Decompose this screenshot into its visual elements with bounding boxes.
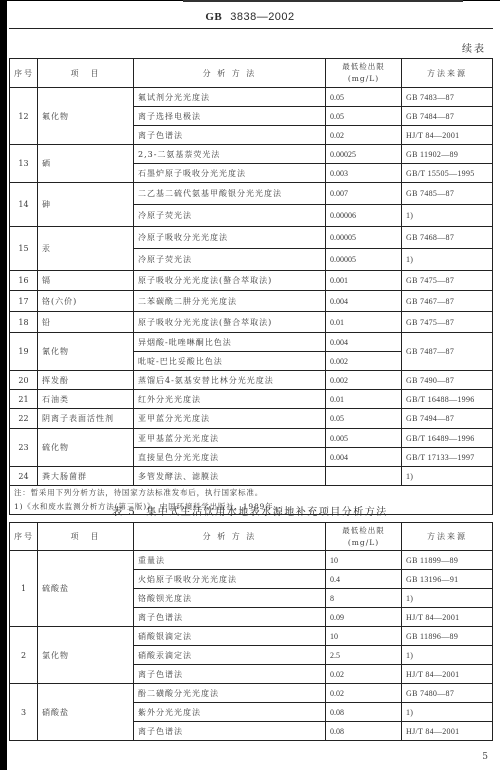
source-cell: 1) (402, 646, 493, 665)
row-item: 汞 (38, 227, 134, 271)
limit-cell: 0.005 (326, 429, 402, 448)
limit-unit: (mg/L) (348, 74, 379, 83)
source-cell: 1) (402, 467, 493, 486)
method-cell: 氟试剂分光光度法 (134, 88, 326, 107)
table-number: 表 5 (112, 507, 136, 518)
supplementary-methods-table: 序号 项 目 分 析 方 法 最低检出限(mg/L) 方法来源 1 硫酸盐 重量… (9, 522, 493, 741)
row-no: 15 (10, 227, 38, 271)
source-cell: GB 7468—87 (402, 227, 493, 249)
source-cell: 1) (402, 205, 493, 227)
limit-cell: 0.4 (326, 570, 402, 589)
table-5-caption: 表 5集中式生活饮用水地表水源地补充项目分析方法 (0, 503, 500, 518)
source-cell: GB/T 15505—1995 (402, 164, 493, 183)
limit-cell: 0.02 (326, 665, 402, 684)
row-no: 13 (10, 145, 38, 183)
table-row: 12 氟化物 氟试剂分光光度法 0.05 GB 7483—87 (10, 88, 493, 107)
table-row: 24 粪大肠菌群 多管发酵法、滤膜法 1) (10, 467, 493, 486)
row-item: 阴离子表面活性剂 (38, 409, 134, 429)
row-no: 23 (10, 429, 38, 467)
row-item: 镉 (38, 271, 134, 291)
row-no: 12 (10, 88, 38, 145)
row-item: 硒 (38, 145, 134, 183)
source-cell: GB 13196—91 (402, 570, 493, 589)
col-header-method: 分 析 方 法 (134, 59, 326, 88)
continued-label: 续表 (462, 40, 486, 55)
method-cell: 离子色谱法 (134, 126, 326, 145)
method-cell: 亚甲蓝分光光度法 (134, 409, 326, 429)
method-cell: 重量法 (134, 551, 326, 570)
col-header-source: 方法来源 (402, 59, 493, 88)
table-row: 16 镉 原子吸收分光光度法(螯合萃取法) 0.001 GB 7475—87 (10, 271, 493, 291)
limit-cell: 2.5 (326, 646, 402, 665)
limit-cell: 0.00005 (326, 249, 402, 271)
source-cell: GB/T 16489—1996 (402, 429, 493, 448)
limit-cell: 0.01 (326, 312, 402, 333)
method-cell: 离子色谱法 (134, 608, 326, 627)
method-cell: 红外分光光度法 (134, 390, 326, 409)
limit-cell: 8 (326, 589, 402, 608)
row-no: 24 (10, 467, 38, 486)
method-cell: 异烟酸-吡唑啉酮比色法 (134, 333, 326, 352)
limit-cell: 0.05 (326, 107, 402, 126)
limit-cell: 0.00005 (326, 227, 402, 249)
limit-cell: 0.003 (326, 164, 402, 183)
method-cell: 冷原子荧光法 (134, 205, 326, 227)
table-row: 17 铬(六价) 二苯碳酰二肼分光光度法 0.004 GB 7467—87 (10, 291, 493, 312)
method-cell: 火焰原子吸收分光光度法 (134, 570, 326, 589)
row-item: 硫化物 (38, 429, 134, 467)
limit-cell: 0.02 (326, 684, 402, 703)
table-row: 22 阴离子表面活性剂 亚甲蓝分光光度法 0.05 GB 7494—87 (10, 409, 493, 429)
source-cell: 1) (402, 703, 493, 722)
limit-label: 最低检出限 (342, 526, 385, 535)
source-cell: HJ/T 84—2001 (402, 722, 493, 741)
limit-cell: 0.01 (326, 390, 402, 409)
source-cell: GB 7484—87 (402, 107, 493, 126)
source-cell: GB/T 17133—1997 (402, 448, 493, 467)
row-no: 22 (10, 409, 38, 429)
method-cell: 离子色谱法 (134, 722, 326, 741)
limit-cell: 0.00025 (326, 145, 402, 164)
page-number: 5 (482, 752, 488, 762)
row-item: 铅 (38, 312, 134, 333)
row-no: 3 (10, 684, 38, 741)
col-header-source: 方法来源 (402, 523, 493, 551)
method-cell: 铬酸钡光度法 (134, 589, 326, 608)
table-row: 3 硝酸盐 酚二磺酸分光光度法 0.02 GB 7480—87 (10, 684, 493, 703)
analysis-methods-table-continued: 序号 项 目 分 析 方 法 最低检出限(mg/L) 方法来源 12 氟化物 氟… (9, 58, 493, 515)
col-header-method: 分 析 方 法 (134, 523, 326, 551)
method-cell: 酚二磺酸分光光度法 (134, 684, 326, 703)
table-row: 13 硒 2,3-二氨基萘荧光法 0.00025 GB 11902—89 (10, 145, 493, 164)
table-row: 2 氯化物 硝酸银滴定法 10 GB 11896—89 (10, 627, 493, 646)
col-header-no: 序号 (10, 523, 38, 551)
row-item: 氰化物 (38, 333, 134, 371)
limit-unit: (mg/L) (348, 538, 379, 547)
table-row: 15 汞 冷原子吸收分光光度法 0.00005 GB 7468—87 (10, 227, 493, 249)
source-cell: GB 7467—87 (402, 291, 493, 312)
method-cell: 亚甲基蓝分光光度法 (134, 429, 326, 448)
table-row: 21 石油类 红外分光光度法 0.01 GB/T 16488—1996 (10, 390, 493, 409)
method-cell: 离子选择电极法 (134, 107, 326, 126)
limit-cell (326, 467, 402, 486)
note-line-1: 注：暂采用下列分析方法，待国家方法标准发布后，执行国家标准。 (14, 486, 488, 500)
col-header-item: 项 目 (38, 59, 134, 88)
source-cell: GB 11902—89 (402, 145, 493, 164)
row-no: 18 (10, 312, 38, 333)
limit-cell: 0.05 (326, 88, 402, 107)
limit-cell: 0.08 (326, 703, 402, 722)
source-cell: GB 7494—87 (402, 409, 493, 429)
col-header-item: 项 目 (38, 523, 134, 551)
row-no: 16 (10, 271, 38, 291)
method-cell: 硝酸银滴定法 (134, 627, 326, 646)
scan-artifact-bar (183, 0, 463, 2)
limit-cell: 0.08 (326, 722, 402, 741)
source-cell: GB 7480—87 (402, 684, 493, 703)
limit-cell: 10 (326, 551, 402, 570)
method-cell: 离子色谱法 (134, 665, 326, 684)
table-row: 14 砷 二乙基二硫代氨基甲酸银分光光度法 0.007 GB 7485—87 (10, 183, 493, 205)
table-row: 18 铅 原子吸收分光光度法(螯合萃取法) 0.01 GB 7475—87 (10, 312, 493, 333)
source-cell: GB 11896—89 (402, 627, 493, 646)
row-item: 粪大肠菌群 (38, 467, 134, 486)
method-cell: 吡啶-巴比妥酸比色法 (134, 352, 326, 371)
row-item: 氯化物 (38, 627, 134, 684)
method-cell: 硝酸汞滴定法 (134, 646, 326, 665)
col-header-no: 序号 (10, 59, 38, 88)
method-cell: 二乙基二硫代氨基甲酸银分光光度法 (134, 183, 326, 205)
table-row: 19 氰化物 异烟酸-吡唑啉酮比色法 0.004 GB 7487—87 (10, 333, 493, 352)
method-cell: 2,3-二氨基萘荧光法 (134, 145, 326, 164)
row-no: 19 (10, 333, 38, 371)
method-cell: 冷原子吸收分光光度法 (134, 227, 326, 249)
row-no: 17 (10, 291, 38, 312)
source-cell: HJ/T 84—2001 (402, 665, 493, 684)
source-cell: GB 7475—87 (402, 271, 493, 291)
source-cell: GB 7475—87 (402, 312, 493, 333)
limit-cell: 10 (326, 627, 402, 646)
row-item: 石油类 (38, 390, 134, 409)
source-cell: HJ/T 84—2001 (402, 608, 493, 627)
limit-cell: 0.004 (326, 448, 402, 467)
source-cell: GB 7485—87 (402, 183, 493, 205)
method-cell: 石墨炉原子吸收分光光度法 (134, 164, 326, 183)
source-cell: 1) (402, 249, 493, 271)
source-cell: GB 7483—87 (402, 88, 493, 107)
source-cell: GB/T 16488—1996 (402, 390, 493, 409)
row-no: 21 (10, 390, 38, 409)
row-no: 2 (10, 627, 38, 684)
row-no: 20 (10, 371, 38, 390)
method-cell: 二苯碳酰二肼分光光度法 (134, 291, 326, 312)
standard-number: 3838—2002 (230, 11, 294, 23)
limit-cell: 0.09 (326, 608, 402, 627)
limit-cell: 0.001 (326, 271, 402, 291)
limit-cell: 0.007 (326, 183, 402, 205)
method-cell: 直接显色分光光度法 (134, 448, 326, 467)
table-row: 20 挥发酚 蒸馏后4-氨基安替比林分光光度法 0.002 GB 7490—87 (10, 371, 493, 390)
source-cell: GB 7490—87 (402, 371, 493, 390)
row-no: 1 (10, 551, 38, 627)
limit-cell: 0.002 (326, 371, 402, 390)
row-item: 砷 (38, 183, 134, 227)
limit-cell: 0.004 (326, 333, 402, 352)
col-header-limit: 最低检出限(mg/L) (326, 59, 402, 88)
scan-border-left (0, 0, 7, 770)
method-cell: 原子吸收分光光度法(螯合萃取法) (134, 312, 326, 333)
method-cell: 冷原子荧光法 (134, 249, 326, 271)
method-cell: 原子吸收分光光度法(螯合萃取法) (134, 271, 326, 291)
row-item: 硝酸盐 (38, 684, 134, 741)
method-cell: 蒸馏后4-氨基安替比林分光光度法 (134, 371, 326, 390)
method-cell: 多管发酵法、滤膜法 (134, 467, 326, 486)
source-cell: 1) (402, 589, 493, 608)
row-item: 硫酸盐 (38, 551, 134, 627)
source-cell: GB 7487—87 (402, 333, 493, 371)
row-no: 14 (10, 183, 38, 227)
limit-label: 最低检出限 (342, 62, 385, 71)
document-header: GB3838—2002 (0, 10, 500, 23)
limit-cell: 0.002 (326, 352, 402, 371)
limit-cell: 0.02 (326, 126, 402, 145)
table-row: 1 硫酸盐 重量法 10 GB 11899—89 (10, 551, 493, 570)
row-item: 氟化物 (38, 88, 134, 145)
table-title: 集中式生活饮用水地表水源地补充项目分析方法 (146, 507, 388, 518)
col-header-limit: 最低检出限(mg/L) (326, 523, 402, 551)
source-cell: GB 11899—89 (402, 551, 493, 570)
standard-prefix: GB (205, 11, 222, 23)
limit-cell: 0.00006 (326, 205, 402, 227)
limit-cell: 0.05 (326, 409, 402, 429)
row-item: 挥发酚 (38, 371, 134, 390)
limit-cell: 0.004 (326, 291, 402, 312)
method-cell: 紫外分光光度法 (134, 703, 326, 722)
row-item: 铬(六价) (38, 291, 134, 312)
table-row: 23 硫化物 亚甲基蓝分光光度法 0.005 GB/T 16489—1996 (10, 429, 493, 448)
source-cell: HJ/T 84—2001 (402, 126, 493, 145)
header-rule (9, 28, 493, 29)
